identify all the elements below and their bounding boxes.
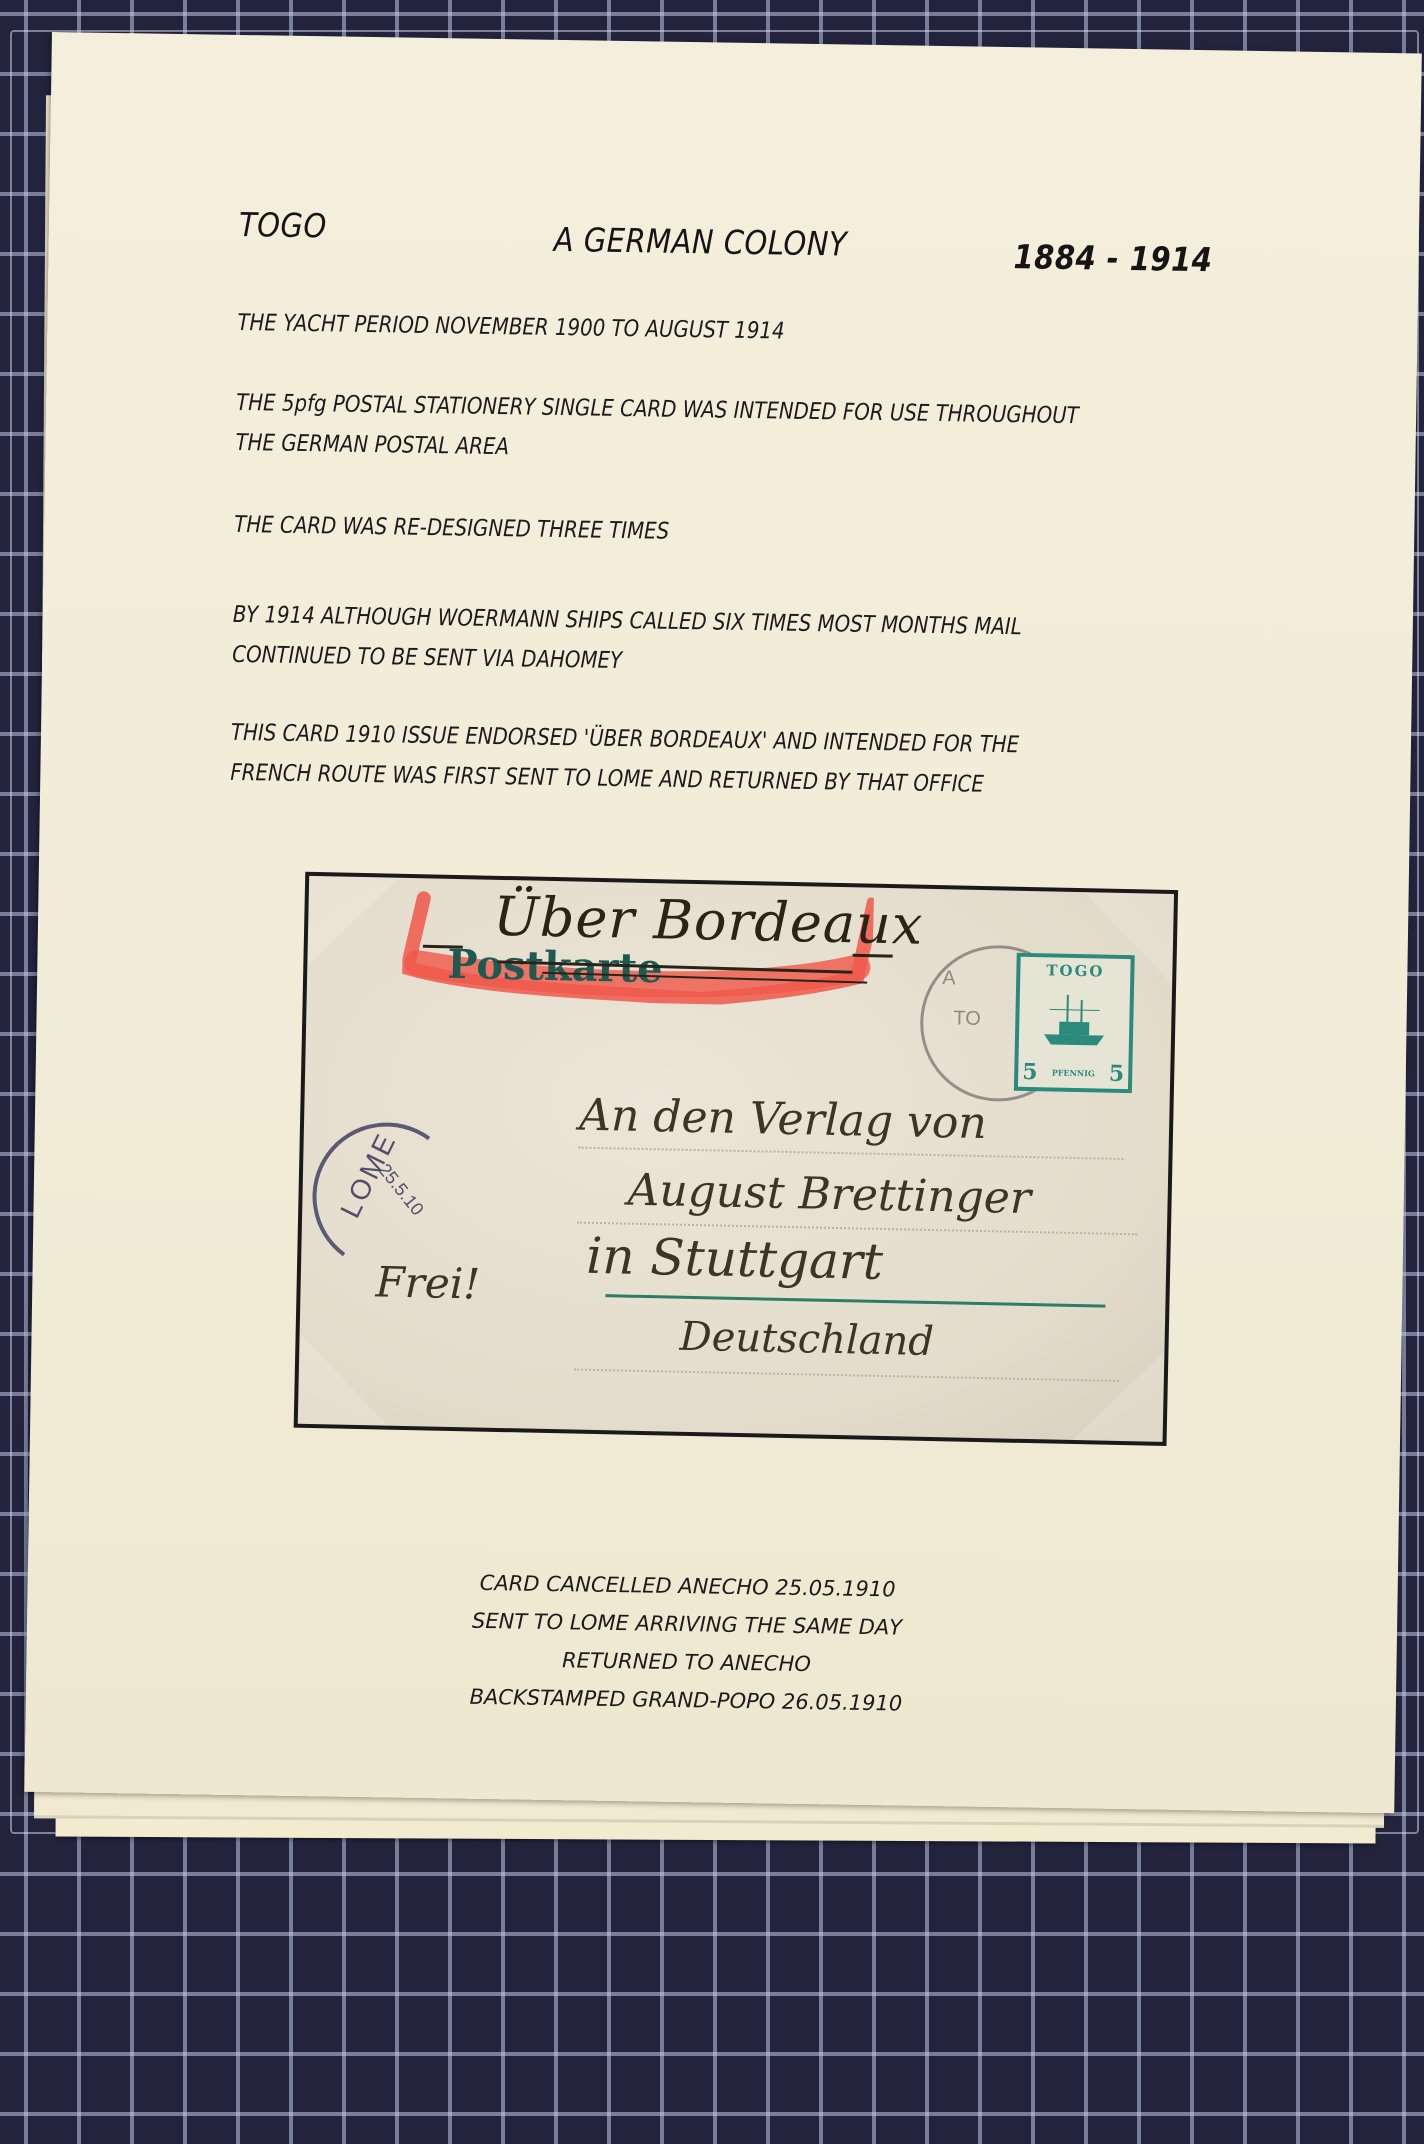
paragraph-line: THE YACHT PERIOD NOVEMBER 1900 TO AUGUST… (237, 303, 1141, 357)
paragraph-this-card: THIS CARD 1910 ISSUE ENDORSED 'ÜBER BORD… (230, 713, 1134, 807)
cancel-letter: A (942, 967, 956, 990)
paragraph-line: THE CARD WAS RE-DESIGNED THREE TIMES (234, 505, 1138, 559)
address-rule (574, 1369, 1119, 1382)
paragraph-yacht-period: THE YACHT PERIOD NOVEMBER 1900 TO AUGUST… (237, 303, 1141, 357)
address-line-1: An den Verlag von (579, 1090, 988, 1150)
paragraph-redesign: THE CARD WAS RE-DESIGNED THREE TIMES (234, 505, 1138, 559)
stamp-denomination: PFENNIG (1052, 1067, 1095, 1078)
cancel-letter: TO (953, 1007, 981, 1031)
frei-annotation: Frei! (375, 1257, 480, 1308)
address-line-4: Deutschland (679, 1314, 934, 1365)
photo-corner (1073, 1350, 1165, 1442)
address-rule (579, 1147, 1124, 1160)
card-caption: CARD CANCELLED ANECHO 25.05.1910 SENT TO… (356, 1562, 1018, 1724)
page-title: TOGO (239, 205, 327, 245)
lome-postmark: LOME 25.5.10 (302, 1112, 471, 1281)
stamp-country: TOGO (1046, 961, 1104, 980)
yacht-icon (1039, 989, 1110, 1050)
page-years: 1884 - 1914 (1013, 237, 1212, 279)
paragraph-woermann: BY 1914 ALTHOUGH WOERMANN SHIPS CALLED S… (232, 595, 1136, 689)
photo-corner (298, 1334, 390, 1426)
exhibit-page: TOGO A GERMAN COLONY 1884 - 1914 THE YAC… (24, 32, 1421, 1813)
photo-corner (307, 876, 399, 968)
address-green-rule (605, 1294, 1105, 1307)
postcard: Postkarte Über Bordeaux A TO TOGO (298, 876, 1174, 1442)
stamp-value: 5 (1022, 1059, 1038, 1085)
imprinted-stamp: TOGO 5 PFENNIG 5 (1014, 953, 1135, 1093)
postmark-date: 25.5.10 (374, 1160, 428, 1220)
stamp-value: 5 (1109, 1061, 1125, 1087)
postcard-mount: Postkarte Über Bordeaux A TO TOGO (294, 872, 1178, 1446)
paragraph-stationery: THE 5pfg POSTAL STATIONERY SINGLE CARD W… (235, 383, 1139, 477)
address-line-3: in Stuttgart (586, 1227, 884, 1291)
address-line-2: August Brettinger (627, 1165, 1031, 1224)
stamp-value-row: 5 PFENNIG 5 (1018, 1059, 1129, 1089)
page-subtitle: A GERMAN COLONY (553, 220, 847, 264)
